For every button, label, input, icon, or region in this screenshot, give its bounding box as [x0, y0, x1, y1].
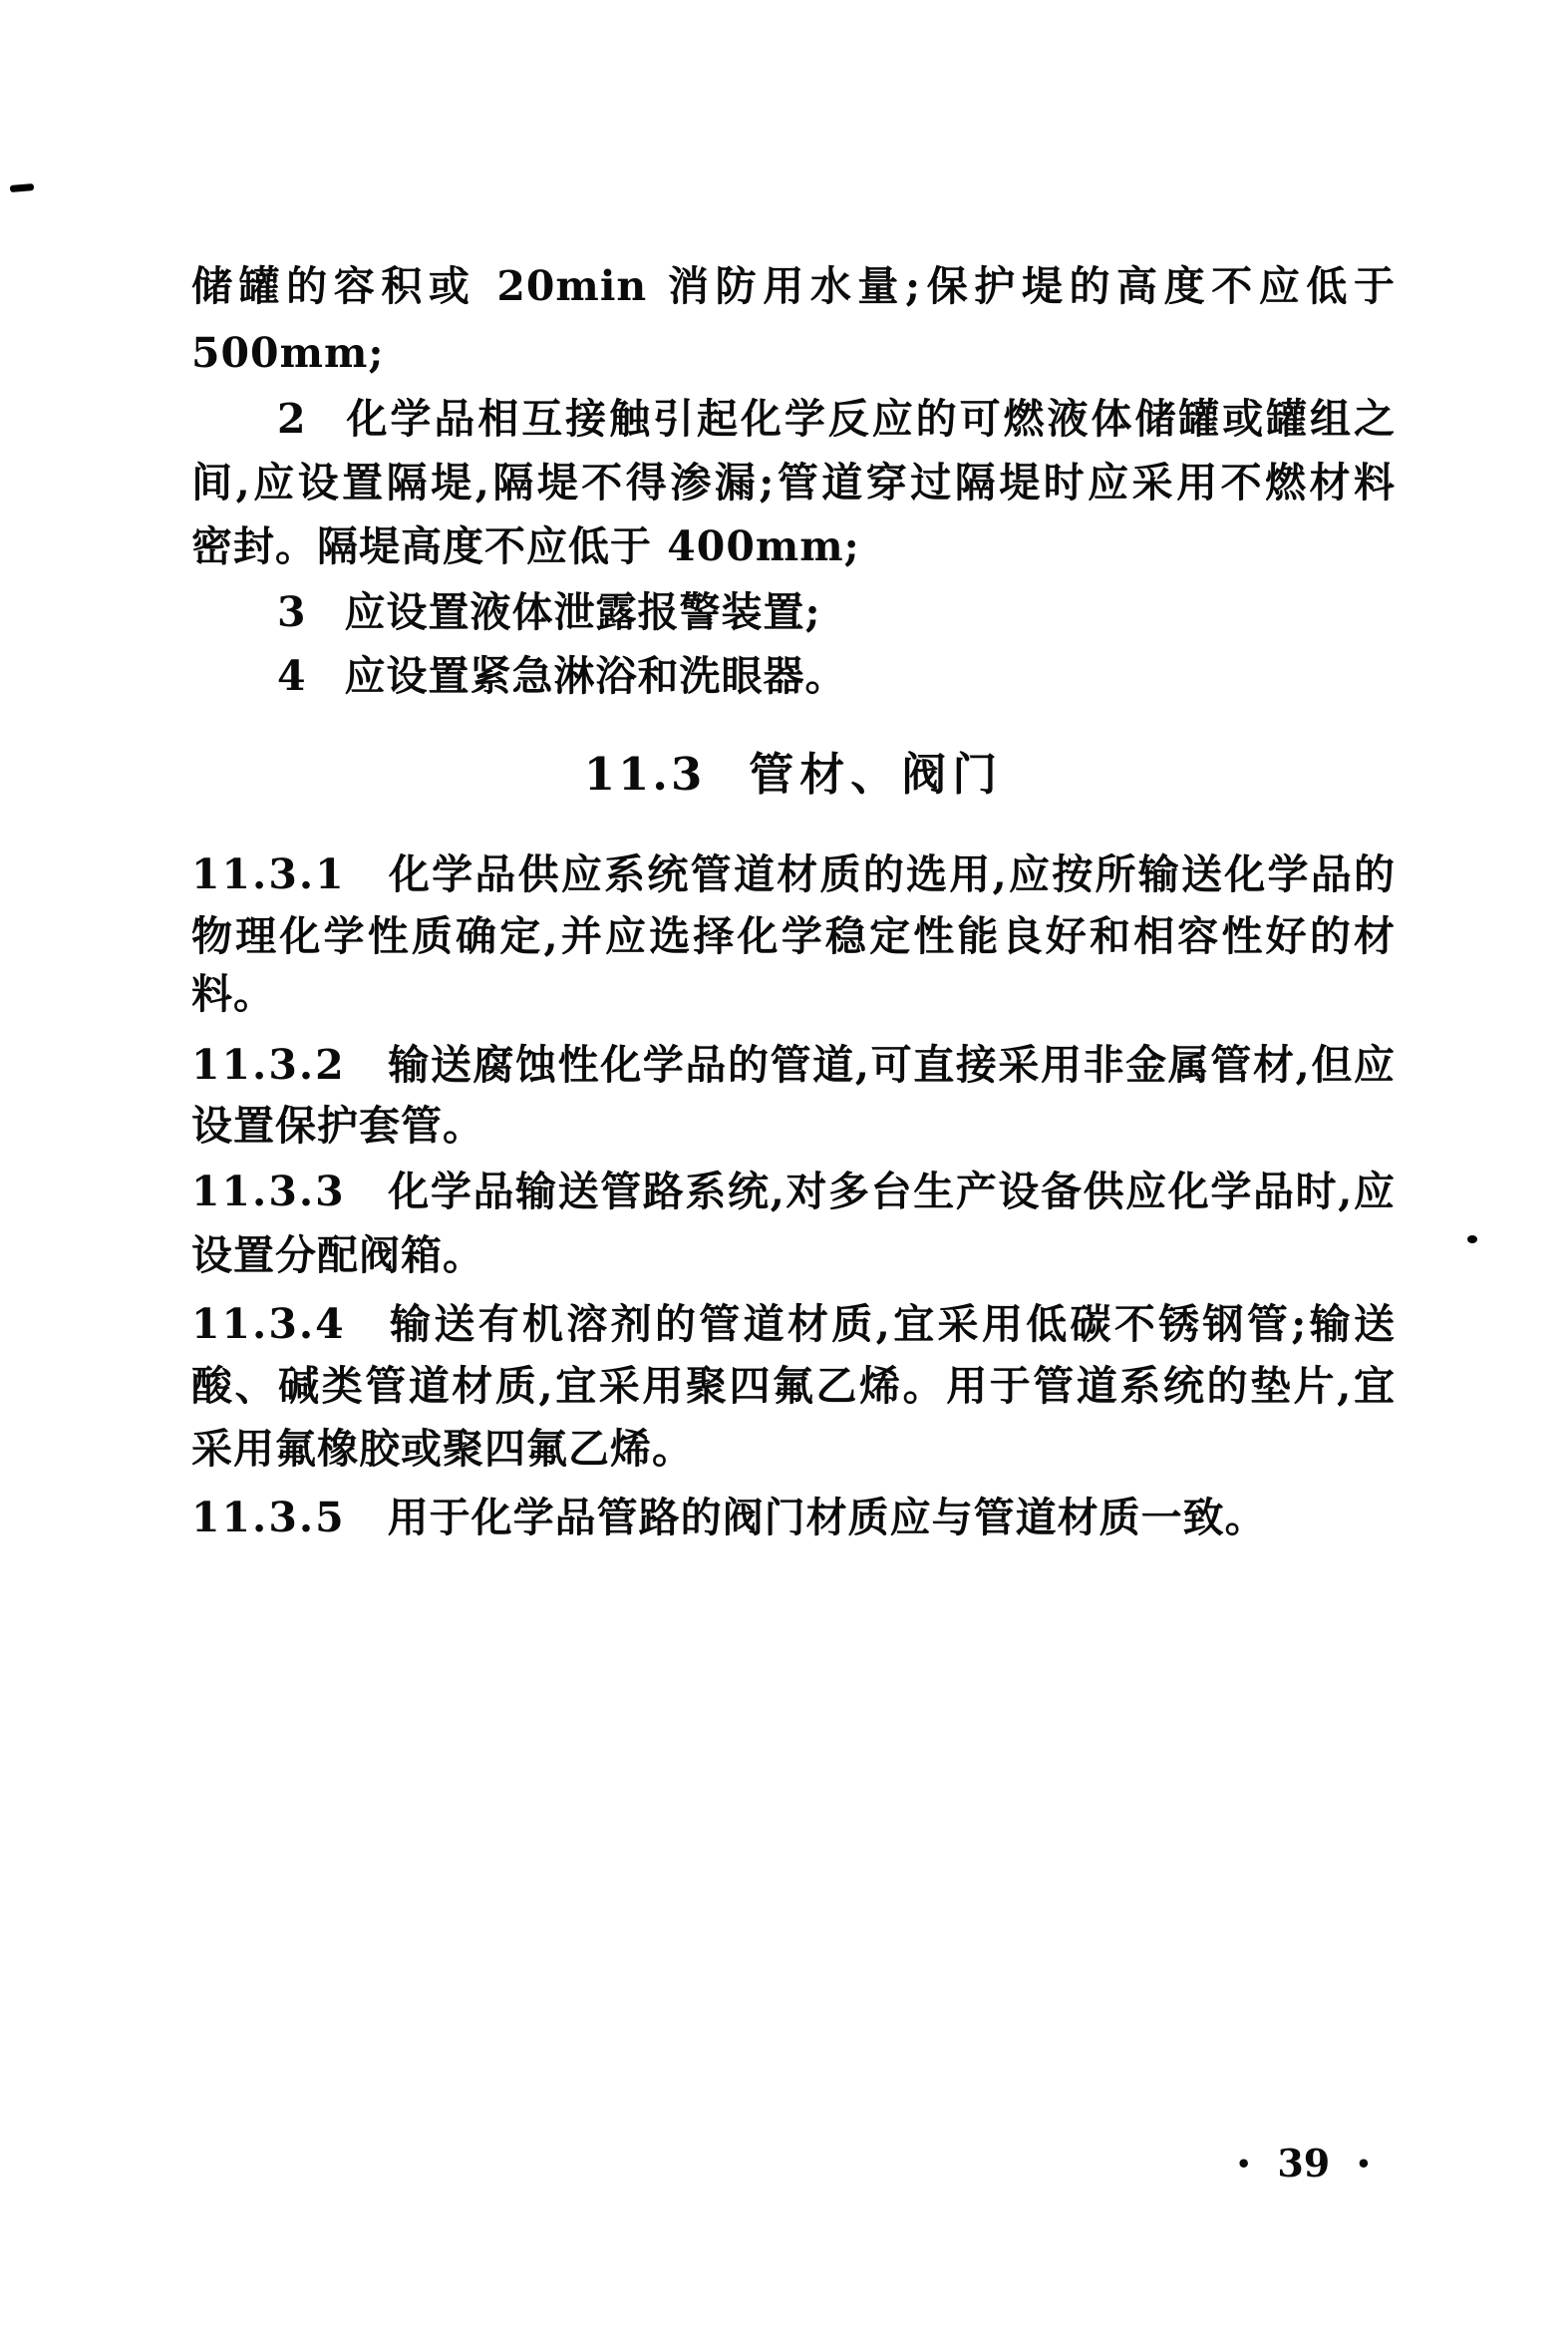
page-number: • 39 •: [1236, 2144, 1372, 2184]
item4-text: 应设置紧急淋浴和洗眼器。: [345, 652, 847, 700]
page-number-right-dot: •: [1356, 2153, 1371, 2177]
scanned-document-page: 储罐的容积或 20min 消防用水量;保护堤的高度不应低于 500mm; 2化学…: [0, 0, 1568, 2352]
clause-11-3-3-text1: 化学品输送管路系统,对多台生产设备供应化学品时,应: [388, 1168, 1396, 1215]
clause-11-3-4-line1: 11.3.4输送有机溶剂的管道材质,宜采用低碳不锈钢管;输送: [191, 1299, 1396, 1349]
item4-line: 4应设置紧急淋浴和洗眼器。: [191, 651, 1396, 701]
clause-11-3-5-line1: 11.3.5用于化学品管路的阀门材质应与管道材质一致。: [191, 1493, 1396, 1542]
section-heading-number: 11.3: [584, 748, 706, 801]
clause-11-3-1-text1: 化学品供应系统管道材质的选用,应按所输送化学品的: [388, 850, 1396, 898]
clause-11-3-3-line1: 11.3.3化学品输送管路系统,对多台生产设备供应化学品时,应: [191, 1167, 1396, 1216]
item2-line1-text: 化学品相互接触引起化学反应的可燃液体储罐或罐组之: [345, 395, 1396, 443]
item4-number: 4: [277, 652, 307, 700]
clause-11-3-2-text1: 输送腐蚀性化学品的管道,可直接采用非金属管材,但应: [388, 1041, 1396, 1089]
clause-11-3-1-line2: 物理化学性质确定,并应选择化学稳定性能良好和相容性好的材: [191, 911, 1396, 961]
clause-11-3-1-line3: 料。: [191, 969, 1396, 1019]
section-heading-title: 管材、阀门: [749, 748, 1003, 801]
item1-line2: 500mm;: [191, 328, 1396, 378]
clause-11-3-1-number: 11.3.1: [191, 850, 346, 898]
scan-artifact-dot: [1467, 1235, 1477, 1243]
item2-line2: 间,应设置隔堤,隔堤不得渗漏;管道穿过隔堤时应采用不燃材料: [191, 458, 1396, 507]
item1-line1: 储罐的容积或 20min 消防用水量;保护堤的高度不应低于: [191, 261, 1396, 311]
scan-artifact-dash: [10, 183, 35, 192]
clause-11-3-4-text1: 输送有机溶剂的管道材质,宜采用低碳不锈钢管;输送: [388, 1300, 1396, 1348]
clause-11-3-2-line1: 11.3.2输送腐蚀性化学品的管道,可直接采用非金属管材,但应: [191, 1040, 1396, 1090]
item3-text: 应设置液体泄露报警装置;: [345, 588, 821, 636]
clause-11-3-4-line2: 酸、碱类管道材质,宜采用聚四氟乙烯。用于管道系统的垫片,宜: [191, 1361, 1396, 1411]
page-number-value: 39: [1277, 2144, 1330, 2184]
clause-11-3-2-number: 11.3.2: [191, 1041, 346, 1089]
clause-11-3-4-number: 11.3.4: [191, 1300, 346, 1348]
item3-number: 3: [277, 588, 307, 636]
item2-number: 2: [277, 395, 307, 443]
clause-11-3-2-line2: 设置保护套管。: [191, 1101, 1396, 1151]
clause-11-3-4-line3: 采用氟橡胶或聚四氟乙烯。: [191, 1424, 1396, 1474]
item2-line3: 密封。隔堤高度不应低于 400mm;: [191, 521, 1396, 571]
item2-line1: 2化学品相互接触引起化学反应的可燃液体储罐或罐组之: [191, 394, 1396, 444]
clause-11-3-1-line1: 11.3.1化学品供应系统管道材质的选用,应按所输送化学品的: [191, 849, 1396, 899]
clause-11-3-5-text1: 用于化学品管路的阀门材质应与管道材质一致。: [388, 1494, 1267, 1541]
clause-11-3-3-number: 11.3.3: [191, 1168, 346, 1215]
section-heading: 11.3管材、阀门: [191, 749, 1396, 801]
clause-11-3-5-number: 11.3.5: [191, 1494, 346, 1541]
clause-11-3-3-line2: 设置分配阀箱。: [191, 1230, 1396, 1280]
item3-line: 3应设置液体泄露报警装置;: [191, 587, 1396, 637]
page-number-left-dot: •: [1236, 2153, 1251, 2177]
